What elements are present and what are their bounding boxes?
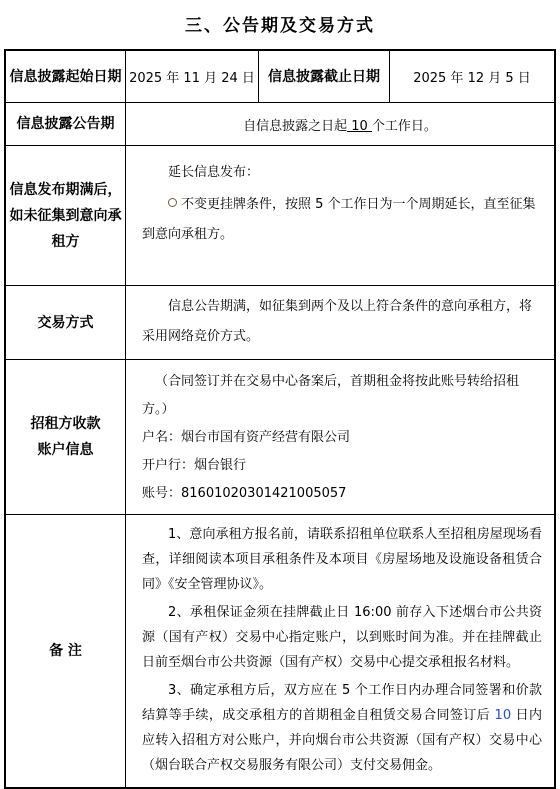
remarks-item-3: 3、确定承租方后，双方应在 5 个工作日内办理合同签署和价款结算等手续，成交承租… (142, 678, 542, 778)
extension-intro-text: 延长信息发布： (142, 158, 542, 188)
account-holder-name: 户名：烟台市国有资产经营有限公司 (142, 424, 542, 452)
label-account-info: 招租方收款 账户信息 (6, 360, 126, 514)
account-note-text: （合同签订并在交易中心备案后，首期租金将按此账号转给招租方。） (142, 368, 542, 424)
value-extension-rule: 延长信息发布： 不变更挂牌条件，按照 5 个工作日为一个周期延长，直至征集到意向… (126, 146, 554, 285)
transaction-method-text: 信息公告期满，如征集到两个及以上符合条件的意向承租方，将采用网络竞价方式。 (142, 292, 542, 352)
remarks-item-1: 1、意向承租方报名前，请联系招租单位联系人至招租房屋现场看查，详细阅读本项目承租… (142, 522, 542, 597)
value-remarks: 1、意向承租方报名前，请联系招租单位联系人至招租房屋现场看查，详细阅读本项目承租… (126, 515, 554, 787)
remarks-item-3-days-highlight: 10 (495, 708, 512, 723)
table-row-disclosure-dates: 信息披露起始日期 2025 年 11 月 24 日 信息披露截止日期 2025 … (6, 51, 554, 103)
value-announcement-period: 自信息披露之日起 10 个工作日。 (126, 103, 554, 145)
label-announcement-period: 信息披露公告期 (6, 103, 126, 145)
extension-option-text: 不变更挂牌条件，按照 5 个工作日为一个周期延长，直至征集到意向承租方。 (142, 197, 536, 242)
value-disclosure-end-date: 2025 年 12 月 5 日 (390, 51, 554, 102)
announcement-table: 信息披露起始日期 2025 年 11 月 24 日 信息披露截止日期 2025 … (4, 49, 556, 789)
extension-option-line: 不变更挂牌条件，按照 5 个工作日为一个周期延长，直至征集到意向承租方。 (142, 190, 542, 250)
announcement-period-days-underlined: 10 (347, 119, 372, 134)
account-number: 账号：81601020301421005057 (142, 480, 542, 508)
announcement-period-prefix: 自信息披露之日起 (243, 119, 347, 134)
announcement-period-text: 自信息披露之日起 10 个工作日。 (243, 115, 437, 134)
label-disclosure-start-date: 信息披露起始日期 (6, 51, 126, 102)
label-disclosure-end-date: 信息披露截止日期 (259, 51, 390, 102)
table-row-extension-rule: 信息发布期满后，如未征集到意向承租方 延长信息发布： 不变更挂牌条件，按照 5 … (6, 146, 554, 286)
remarks-item-3-pre: 3、确定承租方后，双方应在 5 个工作日内办理合同签署和价款结算等手续，成交承租… (142, 683, 542, 723)
document-page: 三、公告期及交易方式 信息披露起始日期 2025 年 11 月 24 日 信息披… (0, 0, 560, 753)
label-extension-rule: 信息发布期满后，如未征集到意向承租方 (6, 146, 126, 285)
page-title: 三、公告期及交易方式 (0, 0, 560, 49)
announcement-period-suffix: 个工作日。 (372, 119, 437, 134)
label-account-info-line1: 招租方收款 (31, 411, 101, 437)
remarks-item-2: 2、承租保证金须在挂牌截止日 16:00 前存入下述烟台市公共资源（国有产权）交… (142, 600, 542, 675)
label-transaction-method: 交易方式 (6, 286, 126, 359)
table-row-remarks: 备 注 1、意向承租方报名前，请联系招租单位联系人至招租房屋现场看查，详细阅读本… (6, 515, 554, 787)
value-transaction-method: 信息公告期满，如征集到两个及以上符合条件的意向承租方，将采用网络竞价方式。 (126, 286, 554, 359)
circle-bullet-icon (168, 198, 177, 207)
table-row-account-info: 招租方收款 账户信息 （合同签订并在交易中心备案后，首期租金将按此账号转给招租方… (6, 360, 554, 515)
table-row-announcement-period: 信息披露公告期 自信息披露之日起 10 个工作日。 (6, 103, 554, 146)
value-disclosure-start-date: 2025 年 11 月 24 日 (126, 51, 259, 102)
label-account-info-line2: 账户信息 (38, 437, 94, 463)
label-remarks: 备 注 (6, 515, 126, 787)
value-account-info: （合同签订并在交易中心备案后，首期租金将按此账号转给招租方。） 户名：烟台市国有… (126, 360, 554, 514)
account-bank-name: 开户行：烟台银行 (142, 452, 542, 480)
table-row-transaction-method: 交易方式 信息公告期满，如征集到两个及以上符合条件的意向承租方，将采用网络竞价方… (6, 286, 554, 360)
